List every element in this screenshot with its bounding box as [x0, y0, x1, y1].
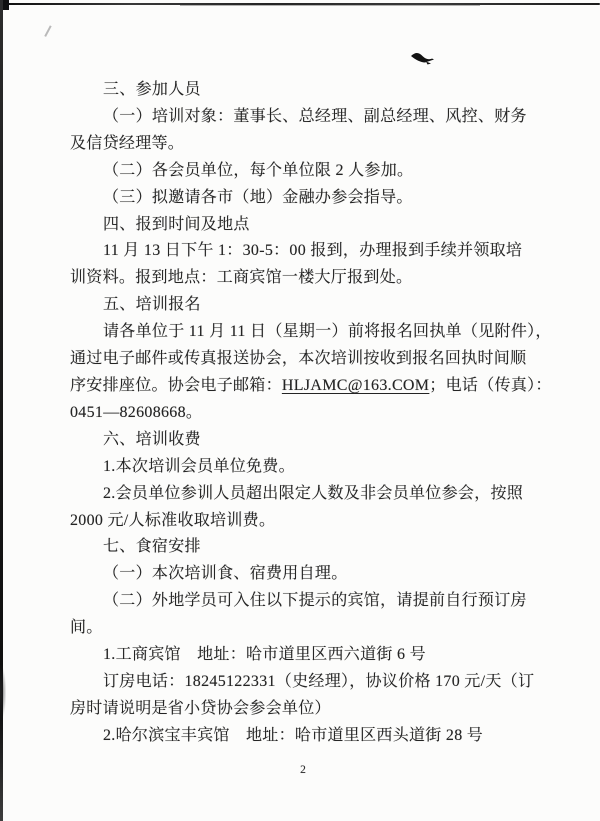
- text-segment: 1.本次培训会员单位免费。: [103, 458, 295, 475]
- text-segment: 四、报到时间及地点: [103, 216, 250, 233]
- text-line: 1.本次培训会员单位免费。: [70, 454, 538, 481]
- text-segment: 七、食宿安排: [103, 538, 201, 555]
- text-segment: 房时请说明是省小贷协会参会单位）: [70, 700, 331, 717]
- document-body: 三、参加人员（一）培训对象：董事长、总经理、副总经理、风控、财务及信贷经理等。（…: [70, 77, 538, 750]
- text-line: 通过电子邮件或传真报送协会，本次培训按收到报名回执时间顺: [70, 346, 538, 373]
- text-segment: 序安排座位。协会电子邮箱：: [70, 377, 282, 394]
- text-segment: 1.工商宾馆 地址：哈市道里区西六道街 6 号: [103, 646, 426, 663]
- text-line: 请各单位于 11 月 11 日（星期一）前将报名回执单（见附件），: [70, 319, 538, 346]
- text-segment: 2000 元/人标准收取培训费。: [70, 512, 275, 529]
- text-segment: 及信贷经理等。: [70, 135, 184, 152]
- page-number: 2: [288, 764, 318, 776]
- text-segment: （一）本次培训食、宿费用自理。: [103, 565, 348, 582]
- text-segment: 订房电话：18245122331（史经理），协议价格 170 元/天（订: [103, 673, 534, 690]
- text-line: 1.工商宾馆 地址：哈市道里区西六道街 6 号: [70, 642, 538, 669]
- text-segment: 请各单位于 11 月 11 日（星期一）前将报名回执单（见附件），: [103, 323, 552, 340]
- text-segment: 11 月 13 日下午 1：30-5：00 报到，办理报到手续并领取培: [103, 242, 522, 259]
- text-line: 0451—82608668。: [70, 400, 538, 427]
- text-segment: 间。: [70, 619, 103, 636]
- pen-scratch-mark: [44, 25, 51, 36]
- text-segment: 五、培训报名: [103, 296, 201, 313]
- text-line: 训资料。报到地点：工商宾馆一楼大厅报到处。: [70, 265, 538, 292]
- text-line: 房时请说明是省小贷协会参会单位）: [70, 696, 538, 723]
- text-segment: ；电话（传真）：: [429, 377, 551, 394]
- text-segment: （二）各会员单位，每个单位限 2 人参加。: [103, 162, 413, 179]
- text-segment: 六、培训收费: [103, 431, 201, 448]
- text-segment: （二）外地学员可入住以下提示的宾馆，请提前自行预订房: [103, 592, 527, 609]
- text-line: 六、培训收费: [70, 427, 538, 454]
- text-line: 2.哈尔滨宝丰宾馆 地址：哈市道里区西头道街 28 号: [70, 723, 538, 750]
- text-segment: 通过电子邮件或传真报送协会，本次培训按收到报名回执时间顺: [70, 350, 526, 367]
- email-text: HLJAMC@163.COM: [282, 377, 429, 394]
- text-segment: 0451—82608668。: [70, 404, 202, 421]
- text-line: 序安排座位。协会电子邮箱：HLJAMC@163.COM；电话（传真）：: [70, 373, 538, 400]
- text-segment: （三）拟邀请各市（地）金融办参会指导。: [103, 189, 413, 206]
- text-line: 三、参加人员: [70, 77, 538, 104]
- text-line: 及信贷经理等。: [70, 131, 538, 158]
- text-line: 11 月 13 日下午 1：30-5：00 报到，办理报到手续并领取培: [70, 238, 538, 265]
- text-line: 五、培训报名: [70, 292, 538, 319]
- text-line: （一）培训对象：董事长、总经理、副总经理、风控、财务: [70, 104, 538, 131]
- text-line: （二）外地学员可入住以下提示的宾馆，请提前自行预订房: [70, 588, 538, 615]
- text-line: 间。: [70, 615, 538, 642]
- ink-blot-arrow-mark: [410, 50, 436, 67]
- text-line: 2000 元/人标准收取培训费。: [70, 508, 538, 535]
- text-segment: 三、参加人员: [103, 81, 201, 98]
- text-line: 七、食宿安排: [70, 534, 538, 561]
- text-segment: 2.哈尔滨宝丰宾馆 地址：哈市道里区西头道街 28 号: [103, 727, 483, 744]
- text-line: （一）本次培训食、宿费用自理。: [70, 561, 538, 588]
- scan-top-edge-shadow: [180, 5, 480, 6]
- text-segment: 2.会员单位参训人员超出限定人数及非会员单位参会，按照: [103, 485, 523, 502]
- text-line: 2.会员单位参训人员超出限定人数及非会员单位参会，按照: [70, 481, 538, 508]
- text-line: 订房电话：18245122331（史经理），协议价格 170 元/天（订: [70, 669, 538, 696]
- text-segment: 训资料。报到地点：工商宾馆一楼大厅报到处。: [70, 269, 412, 286]
- text-line: 四、报到时间及地点: [70, 212, 538, 239]
- text-segment: （一）培训对象：董事长、总经理、副总经理、风控、财务: [103, 108, 527, 125]
- text-line: （三）拟邀请各市（地）金融办参会指导。: [70, 185, 538, 212]
- text-line: （二）各会员单位，每个单位限 2 人参加。: [70, 158, 538, 185]
- scan-left-smudge: [0, 665, 6, 720]
- scanned-page: { "page": { "number": "2", "paper_color"…: [0, 0, 600, 821]
